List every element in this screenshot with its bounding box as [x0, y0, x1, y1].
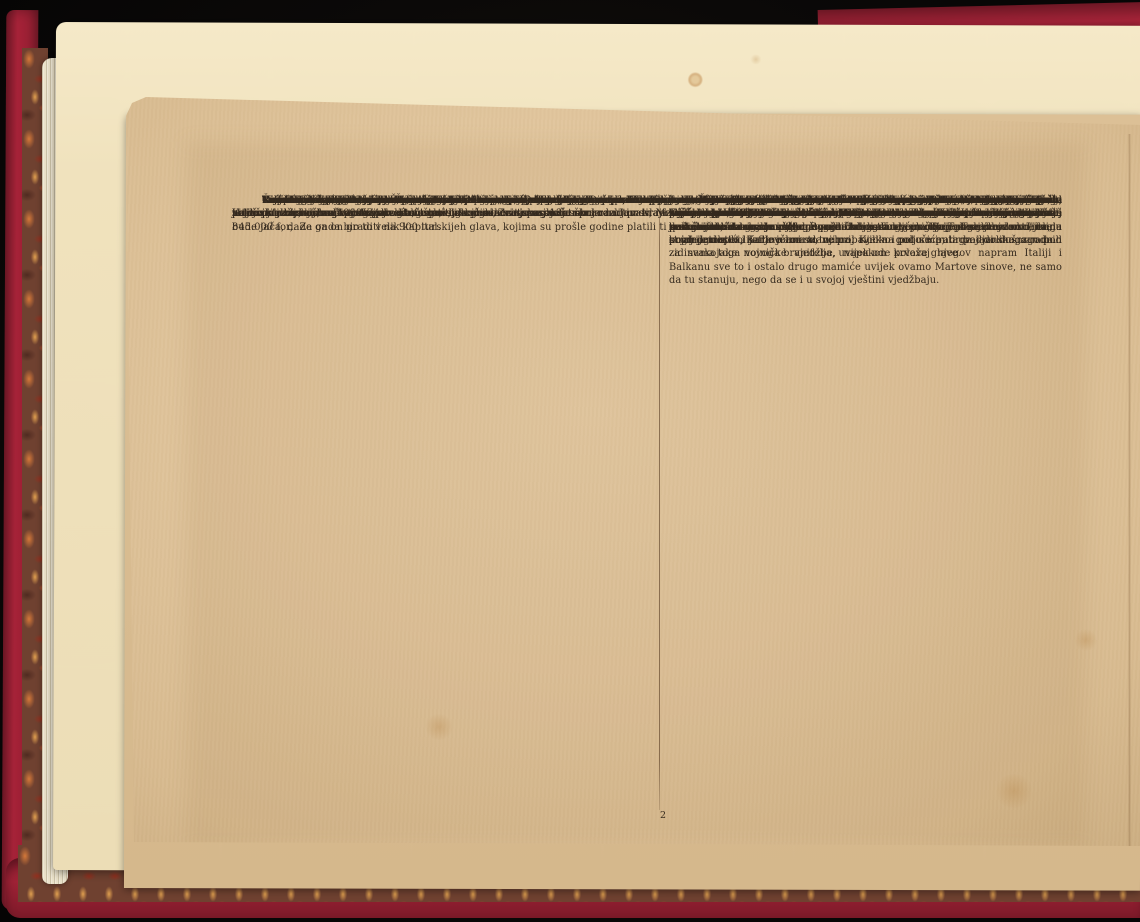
- page-crease: [1128, 134, 1131, 846]
- scanned-book-page: I nije mogao bolje učiniti. Čim se Karlo…: [124, 94, 1140, 854]
- column-divider-rule: [659, 194, 660, 810]
- page-number: 2: [656, 810, 670, 821]
- text-column-left: I nije mogao bolje učiniti. Čim se Karlo…: [232, 194, 651, 816]
- foxing-stain: [1074, 629, 1098, 651]
- foxing-stain: [750, 54, 762, 64]
- page-text-block: I nije mogao bolje učiniti. Čim se Karlo…: [232, 194, 1062, 834]
- paragraph: Podanike Karlove stajalo to djelo najviš…: [232, 194, 651, 207]
- text-column-right: je bilo i u naprijeda. Nadvojvodine zeml…: [669, 194, 1061, 812]
- book-photo-stage: I nije mogao bolje učiniti. Čim se Karlo…: [0, 0, 1140, 922]
- foxing-stain: [688, 72, 703, 87]
- paragraph: Dalje o tom govoriti bilo bi suvišno. Ve…: [669, 194, 1061, 247]
